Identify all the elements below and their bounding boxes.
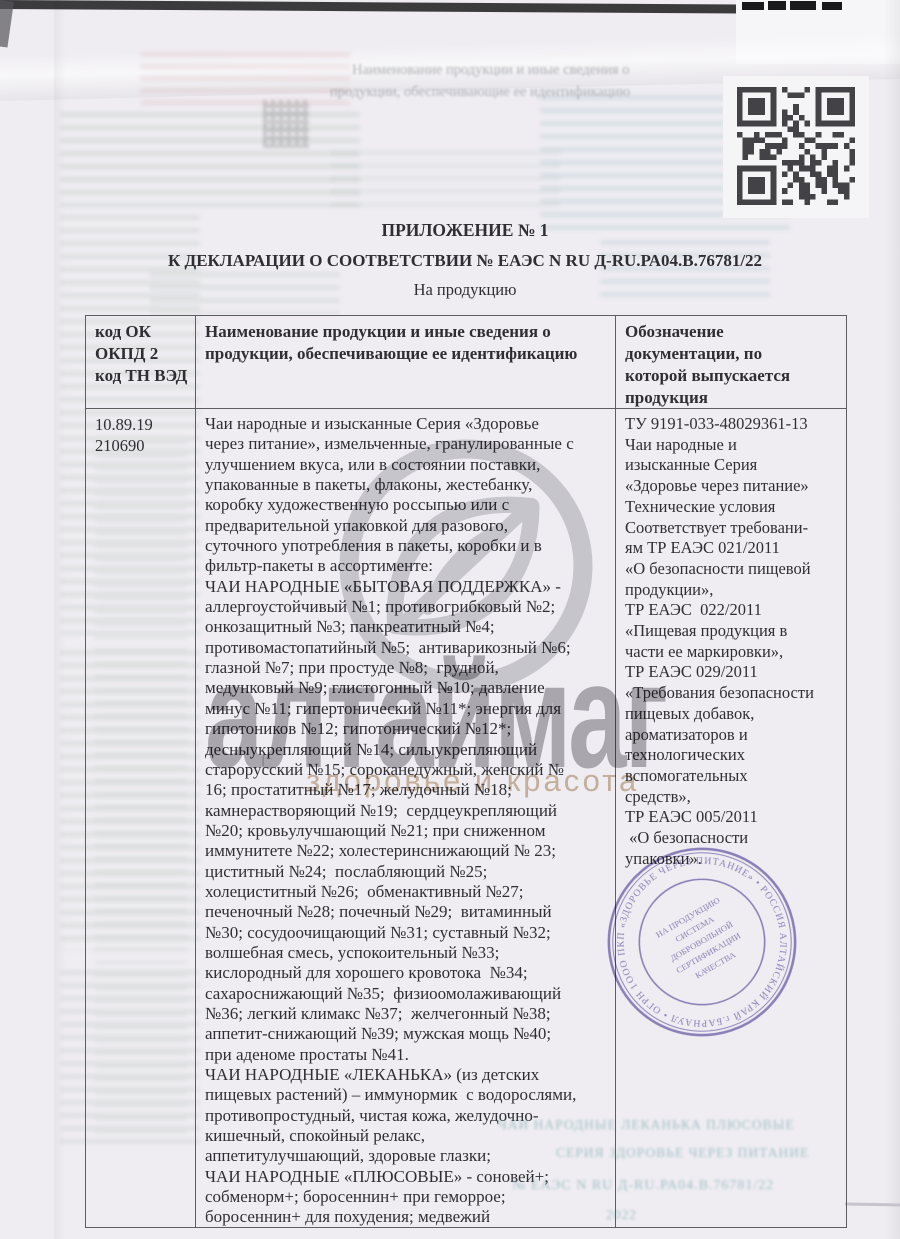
scan-artifact xyxy=(790,1,816,10)
table-header-product-name: Наименование продукции и иные сведения о… xyxy=(196,316,616,409)
scan-artifact xyxy=(822,2,842,10)
scan-artifact xyxy=(768,1,786,10)
paper-edge-shadow xyxy=(845,1203,900,1207)
table-header-code: код ОК ОКПД 2 код ТН ВЭД xyxy=(86,316,196,409)
qr-code xyxy=(737,87,855,205)
appendix-title: ПРИЛОЖЕНИЕ № 1 xyxy=(15,220,900,241)
table-cell-documentation: ТУ 9191-033-48029361-13 Чаи народные и и… xyxy=(616,409,846,1227)
scan-corner-artifact xyxy=(0,0,14,48)
bleedthrough-text: № ЕАЭС N RU Д-RU.РА04.В.76781/22 xyxy=(512,1178,774,1194)
bleedthrough-smudge xyxy=(330,150,560,210)
table-header-documentation: Обозначение документации, по которой вып… xyxy=(616,316,846,409)
bleedthrough-text: продукции, обеспечивающие ее идентификац… xyxy=(330,84,630,101)
scanner-edge-band xyxy=(0,0,742,14)
products-table: код ОК ОКПД 2 код ТН ВЭД Наименование пр… xyxy=(85,315,847,1228)
scanned-document-page: Наименование продукции и иные сведения о… xyxy=(0,0,900,1239)
table-cell-code: 10.89.19 210690 xyxy=(86,409,196,1227)
bleedthrough-text: ЧАИ НАРОДНЫЕ ЛЕКАНЬКА ПЛЮСОВЫЕ xyxy=(498,1117,795,1133)
scan-artifact xyxy=(742,2,764,10)
bleedthrough-text: Наименование продукции и иные сведения о xyxy=(352,62,629,79)
bleedthrough-text: 2022 xyxy=(606,1207,637,1223)
bleedthrough-text: СЕРИЯ ЗДОРОВЬЕ ЧЕРЕЗ ПИТАНИЕ xyxy=(556,1145,809,1161)
bleedthrough-smudge xyxy=(60,112,360,207)
bleedthrough-qr-ghost xyxy=(263,100,309,148)
paper-edge-shadow xyxy=(54,0,66,1239)
paper-edge-shadow xyxy=(884,0,900,1239)
declaration-number-title: К ДЕКЛАРАЦИИ О СООТВЕТСТВИИ № ЕАЭС N RU … xyxy=(15,251,900,271)
table-cell-product-description: Чаи народные и изысканные Серия «Здоровь… xyxy=(196,409,616,1227)
title-subline: На продукцию xyxy=(15,280,900,300)
